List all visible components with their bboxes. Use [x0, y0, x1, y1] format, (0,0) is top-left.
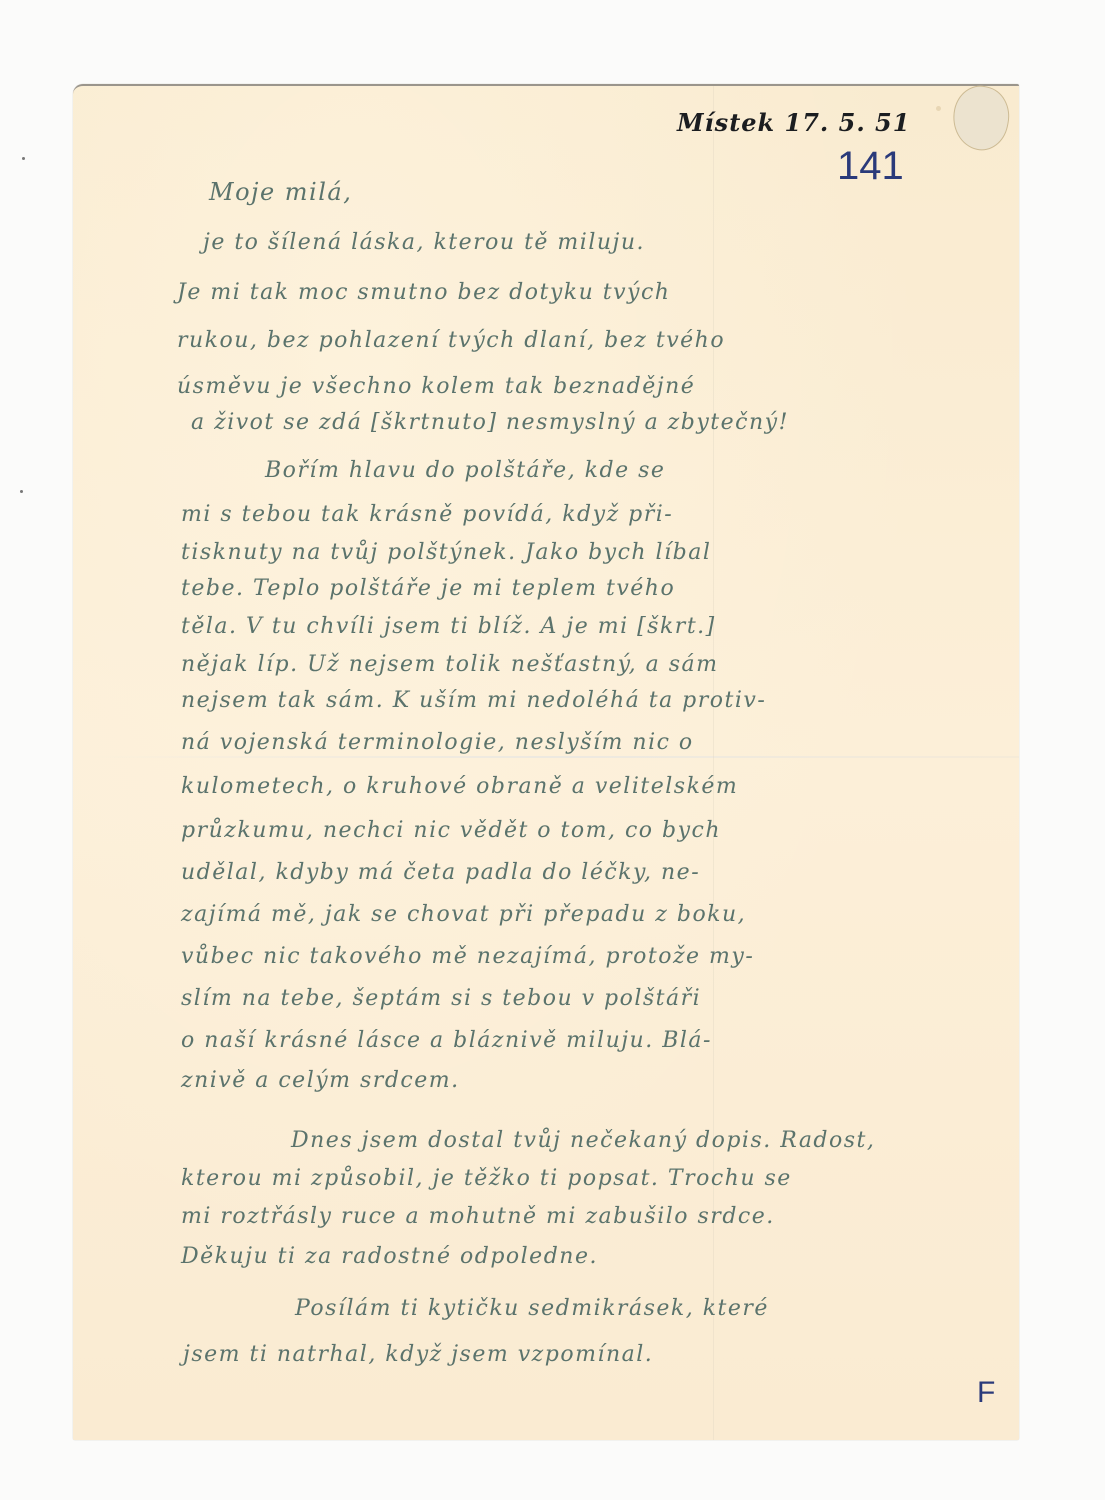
scan-speck	[20, 490, 23, 493]
letter-line: tisknuty na tvůj polštýnek. Jako bych lí…	[181, 542, 711, 564]
letter-line: tebe. Teplo polštáře je mi teplem tvého	[181, 578, 675, 600]
letter-line: a život se zdá [škrtnuto] nesmyslný a zb…	[191, 412, 789, 434]
letter-line: jsem ti natrhal, když jsem vzpomínal.	[183, 1344, 653, 1366]
scan-speck	[22, 157, 25, 160]
archive-number: 141	[837, 144, 904, 189]
paper-fold-vertical	[713, 86, 714, 1440]
letter-line: slím na tebe, šeptám si s tebou v polštá…	[181, 988, 701, 1010]
letter-line: zajímá mě, jak se chovat při přepadu z b…	[181, 904, 746, 926]
paper-spot	[936, 106, 941, 111]
letter-line: znivě a celým srdcem.	[181, 1070, 460, 1092]
letter-line: Děkuju ti za radostné odpoledne.	[181, 1246, 598, 1268]
letter-line: průzkumu, nechci nic vědět o tom, co byc…	[181, 820, 721, 842]
letter-line: nejsem tak sám. K uším mi nedoléhá ta pr…	[181, 690, 766, 712]
letter-line: nějak líp. Už nejsem tolik nešťastný, a …	[181, 654, 718, 676]
letter-line: vůbec nic takového mě nezajímá, protože …	[181, 946, 754, 968]
letter-line: Bořím hlavu do polštáře, kde se	[265, 460, 665, 482]
paper-fold-horizontal	[73, 756, 1019, 758]
letter-page: Místek 17. 5. 51 141 Moje milá, je to ší…	[73, 84, 1019, 1440]
place-date: Místek 17. 5. 51	[677, 108, 910, 137]
letter-line: těla. V tu chvíli jsem ti blíž. A je mi …	[181, 616, 716, 638]
adhesive-stain	[947, 81, 1015, 155]
letter-line: Je mi tak moc smutno bez dotyku tvých	[177, 282, 670, 304]
letter-line: je to šílená láska, kterou tě miluju.	[203, 232, 645, 254]
corner-mark: F	[977, 1376, 995, 1410]
letter-line: rukou, bez pohlazení tvých dlaní, bez tv…	[177, 330, 725, 352]
letter-line: Posílám ti kytičku sedmikrásek, které	[295, 1298, 769, 1320]
letter-line: úsměvu je všechno kolem tak beznadějné	[177, 376, 695, 398]
letter-line: kterou mi způsobil, je těžko ti popsat. …	[181, 1168, 792, 1190]
letter-line: mi s tebou tak krásně povídá, když při-	[181, 504, 673, 526]
letter-line: Dnes jsem dostal tvůj nečekaný dopis. Ra…	[291, 1130, 875, 1152]
letter-line: kulometech, o kruhové obraně a velitelsk…	[181, 776, 738, 798]
letter-line: o naší krásné lásce a bláznivě miluju. B…	[181, 1030, 712, 1052]
letter-line: mi roztřásly ruce a mohutně mi zabušilo …	[181, 1206, 775, 1228]
salutation: Moje milá,	[209, 180, 352, 204]
letter-line: ná vojenská terminologie, neslyším nic o	[181, 732, 694, 754]
letter-line: udělal, kdyby má četa padla do léčky, ne…	[181, 862, 700, 884]
